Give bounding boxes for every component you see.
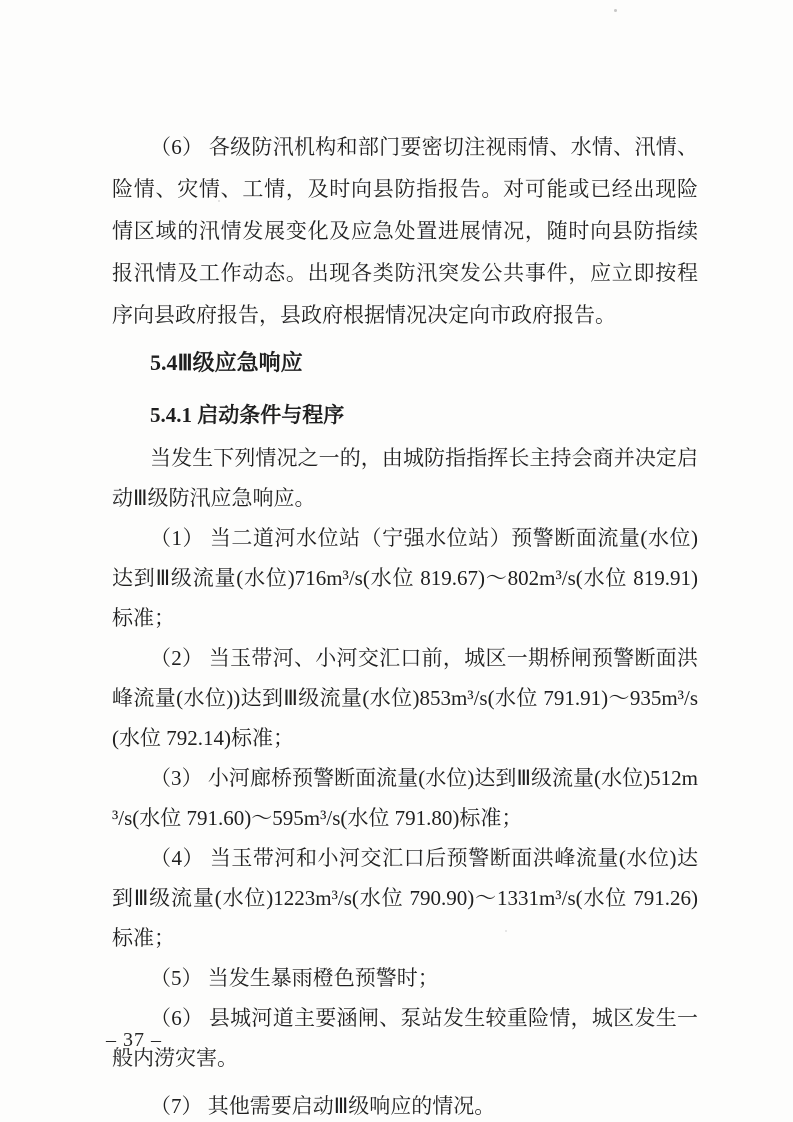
condition-item-7: （7） 其他需要启动Ⅲ级响应的情况。 (112, 1086, 698, 1122)
scan-speck (614, 9, 617, 12)
document-page: （6） 各级防汛机构和部门要密切注视雨情、水情、汛情、险情、灾情、工情，及时向县… (0, 0, 793, 1122)
condition-item-5: （5） 当发生暴雨橙色预警时； (112, 958, 698, 998)
page-number: – 37 – (106, 1028, 162, 1052)
subsection-heading-startup-conditions: 5.4.1 启动条件与程序 (112, 398, 698, 432)
document-body: （6） 各级防汛机构和部门要密切注视雨情、水情、汛情、险情、灾情、工情，及时向县… (112, 126, 698, 1122)
scan-speck (505, 930, 507, 932)
section-heading-level3-response: 5.4Ⅲ级应急响应 (112, 346, 698, 380)
condition-item-1: （1） 当二道河水位站（宁强水位站）预警断面流量(水位)达到Ⅲ级流量(水位)71… (112, 518, 698, 638)
scan-speck (218, 200, 220, 202)
condition-item-2: （2） 当玉带河、小河交汇口前，城区一期桥闸预警断面洪峰流量(水位))达到Ⅲ级流… (112, 638, 698, 758)
paragraph-startup-intro: 当发生下列情况之一的，由城防指指挥长主持会商并决定启动Ⅲ级防汛应急响应。 (112, 438, 698, 518)
condition-item-6: （6） 县城河道主要涵闸、泵站发生较重险情，城区发生一般内涝灾害。 (112, 998, 698, 1078)
condition-item-4: （4） 当玉带河和小河交汇口后预警断面洪峰流量(水位)达到Ⅲ级流量(水位)122… (112, 838, 698, 958)
paragraph-reporting-duties: （6） 各级防汛机构和部门要密切注视雨情、水情、汛情、险情、灾情、工情，及时向县… (112, 126, 698, 336)
condition-item-3: （3） 小河廊桥预警断面流量(水位)达到Ⅲ级流量(水位)512m³/s(水位 7… (112, 758, 698, 838)
